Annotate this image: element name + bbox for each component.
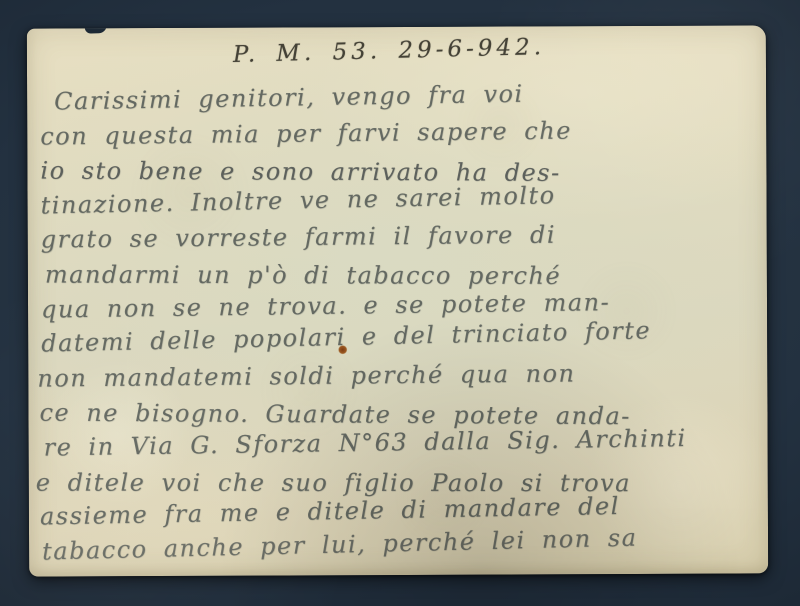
postcard-date-header: P. M. 53. 29-6-942.	[233, 34, 546, 68]
photo-background: P. M. 53. 29-6-942. Carissimi genitori, …	[0, 0, 800, 606]
handwritten-text-block: Carissimi genitori, vengo fra voi con qu…	[40, 81, 768, 569]
handwritten-line: non mandatemi soldi perché qua non	[37, 354, 768, 396]
torn-notch	[85, 25, 107, 33]
handwritten-line: grato se vorreste farmi il favore di	[41, 216, 769, 258]
postcard: P. M. 53. 29-6-942. Carissimi genitori, …	[27, 25, 768, 576]
